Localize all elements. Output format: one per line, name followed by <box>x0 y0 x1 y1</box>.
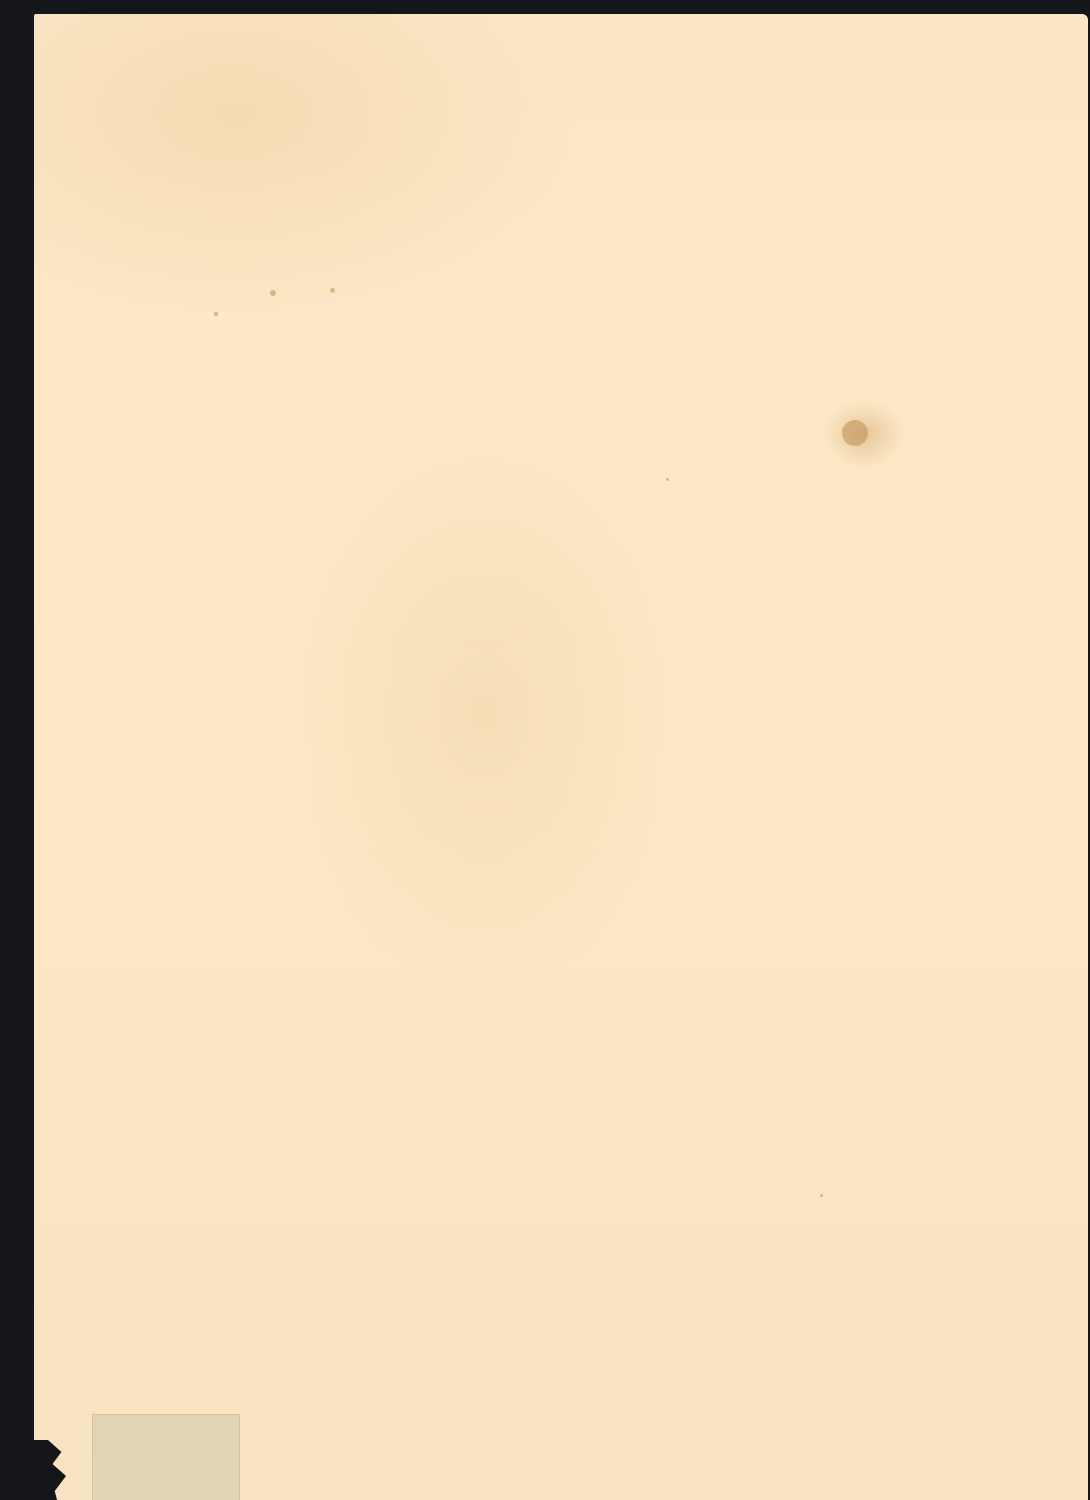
paper-page <box>34 14 1088 1500</box>
stain <box>842 420 868 446</box>
foxing-spot <box>270 290 276 296</box>
foxing-spot <box>214 312 218 316</box>
foxing-spot <box>820 1194 823 1197</box>
foxing-spot <box>666 478 669 481</box>
foxing-spot <box>330 288 335 293</box>
tape-patch <box>92 1414 240 1500</box>
